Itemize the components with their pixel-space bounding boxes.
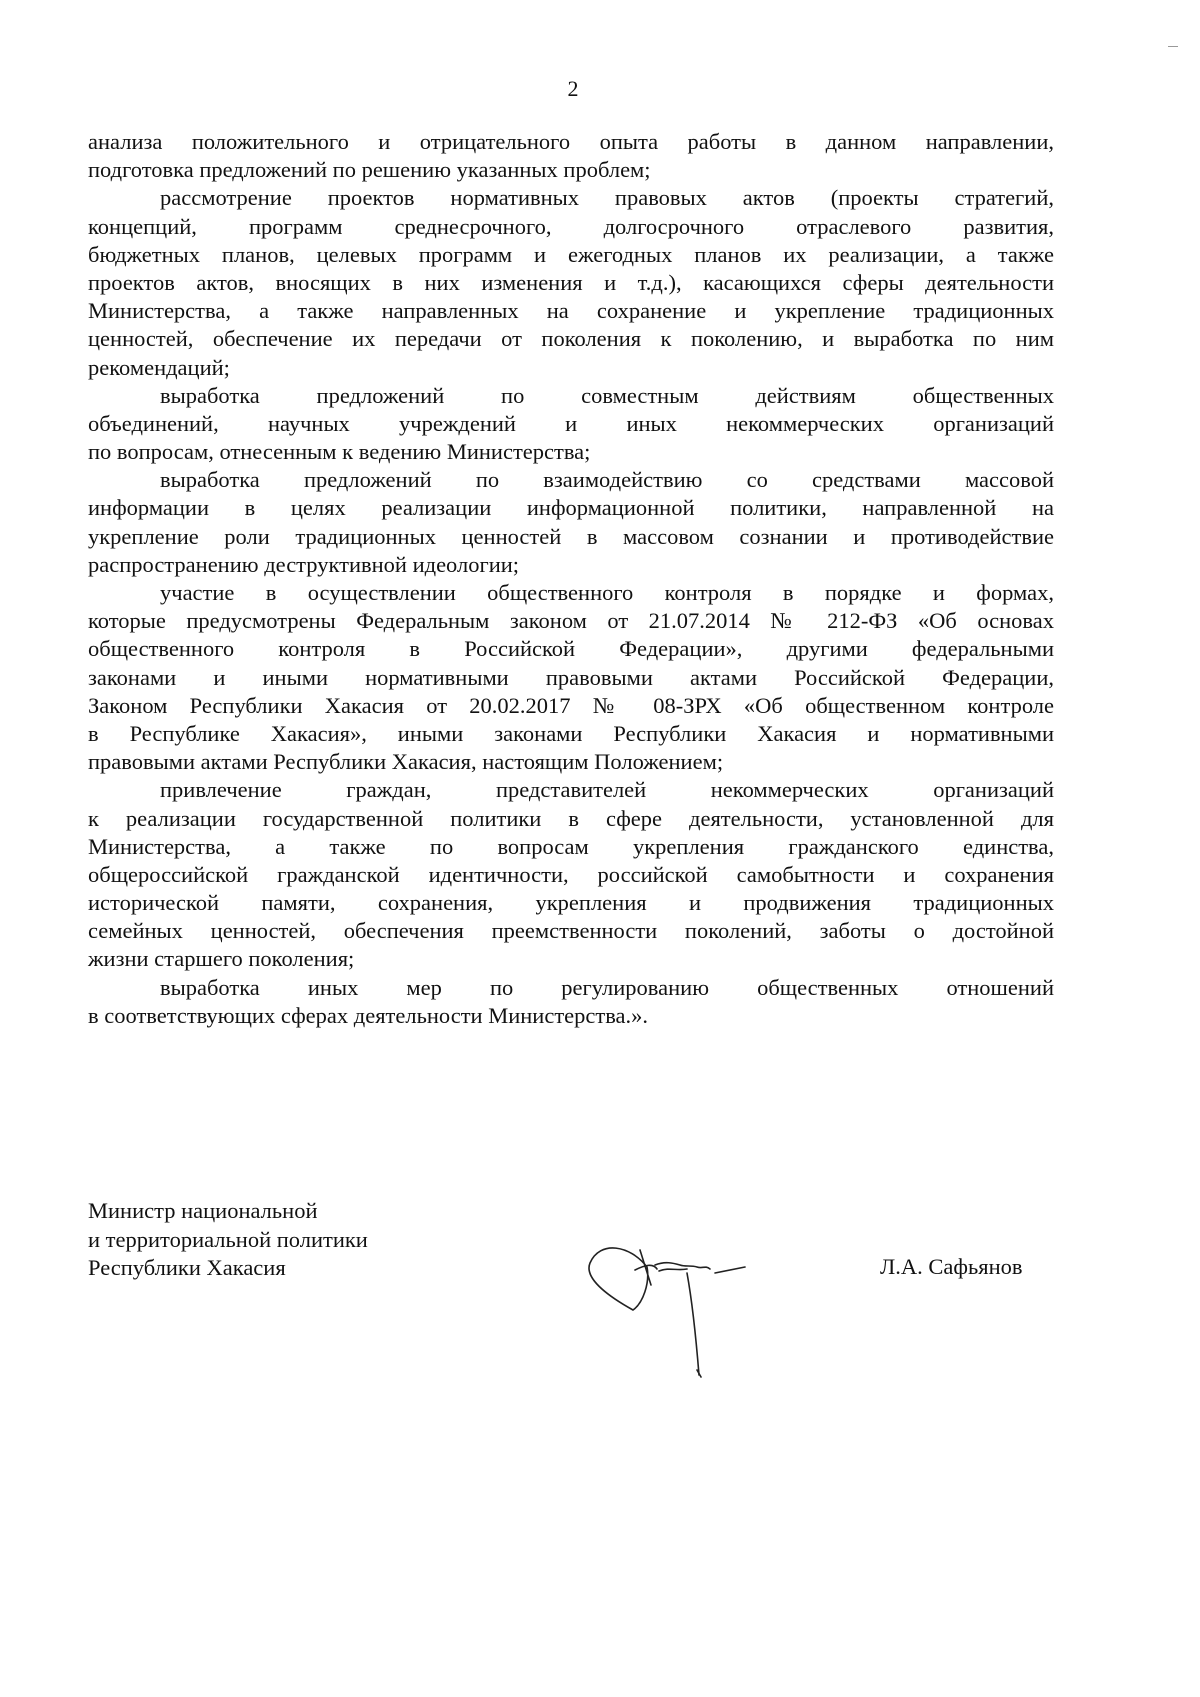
text-line: концепций, программ среднесрочного, долг… — [88, 213, 1054, 241]
text-line: выработка иных мер по регулированию обще… — [88, 974, 1054, 1002]
text-line: укрепление роли традиционных ценностей в… — [88, 523, 1054, 551]
text-line: анализа положительного и отрицательного … — [88, 128, 1054, 156]
text-line: привлечение граждан, представителей неко… — [88, 776, 1054, 804]
text-line: выработка предложений по совместным дейс… — [88, 382, 1054, 410]
paragraph: анализа положительного и отрицательного … — [88, 128, 1054, 184]
paragraph: выработка иных мер по регулированию обще… — [88, 974, 1054, 1030]
text-line: рассмотрение проектов нормативных правов… — [88, 184, 1054, 212]
text-line: законами и иными нормативными правовыми … — [88, 664, 1054, 692]
text-line: объединений, научных учреждений и иных н… — [88, 410, 1054, 438]
text-line: общероссийской гражданской идентичности,… — [88, 861, 1054, 889]
text-line: распространению деструктивной идеологии; — [88, 551, 1054, 579]
paragraph: привлечение граждан, представителей неко… — [88, 776, 1054, 973]
text-line: информации в целях реализации информацио… — [88, 494, 1054, 522]
text-line: в соответствующих сферах деятельности Ми… — [88, 1002, 1054, 1030]
document-body: анализа положительного и отрицательного … — [88, 128, 1054, 1030]
signatory-title-line: Министр национальной — [88, 1197, 368, 1226]
text-line: проектов актов, вносящих в них изменения… — [88, 269, 1054, 297]
text-line: Министерства, а также направленных на со… — [88, 297, 1054, 325]
signatory-name: Л.А. Сафьянов — [880, 1254, 1022, 1280]
signatory-title-line: Республики Хакасия — [88, 1254, 368, 1283]
signatory-title: Министр национальной и территориальной п… — [88, 1197, 368, 1283]
paragraph: выработка предложений по совместным дейс… — [88, 382, 1054, 467]
text-line: в Республике Хакасия», иными законами Ре… — [88, 720, 1054, 748]
text-line: выработка предложений по взаимодействию … — [88, 466, 1054, 494]
text-line: семейных ценностей, обеспечения преемств… — [88, 917, 1054, 945]
paragraph: участие в осуществлении общественного ко… — [88, 579, 1054, 776]
text-line: участие в осуществлении общественного ко… — [88, 579, 1054, 607]
paragraph: выработка предложений по взаимодействию … — [88, 466, 1054, 579]
text-line: общественного контроля в Российской Феде… — [88, 635, 1054, 663]
text-line: Министерства, а также по вопросам укрепл… — [88, 833, 1054, 861]
text-line: к реализации государственной политики в … — [88, 805, 1054, 833]
text-line: Законом Республики Хакасия от 20.02.2017… — [88, 692, 1054, 720]
text-line: бюджетных планов, целевых программ и еже… — [88, 241, 1054, 269]
scan-edge-mark — [1168, 46, 1178, 47]
text-line: правовыми актами Республики Хакасия, нас… — [88, 748, 1054, 776]
text-line: которые предусмотрены Федеральным законо… — [88, 607, 1054, 635]
text-line: ценностей, обеспечение их передачи от по… — [88, 325, 1054, 353]
handwritten-signature-icon — [585, 1225, 805, 1400]
paragraph: рассмотрение проектов нормативных правов… — [88, 184, 1054, 381]
text-line: по вопросам, отнесенным к ведению Минист… — [88, 438, 1054, 466]
text-line: исторической памяти, сохранения, укрепле… — [88, 889, 1054, 917]
signatory-title-line: и территориальной политики — [88, 1226, 368, 1255]
text-line: подготовка предложений по решению указан… — [88, 156, 1054, 184]
page-number: 2 — [0, 76, 1146, 102]
text-line: рекомендаций; — [88, 354, 1054, 382]
text-line: жизни старшего поколения; — [88, 945, 1054, 973]
